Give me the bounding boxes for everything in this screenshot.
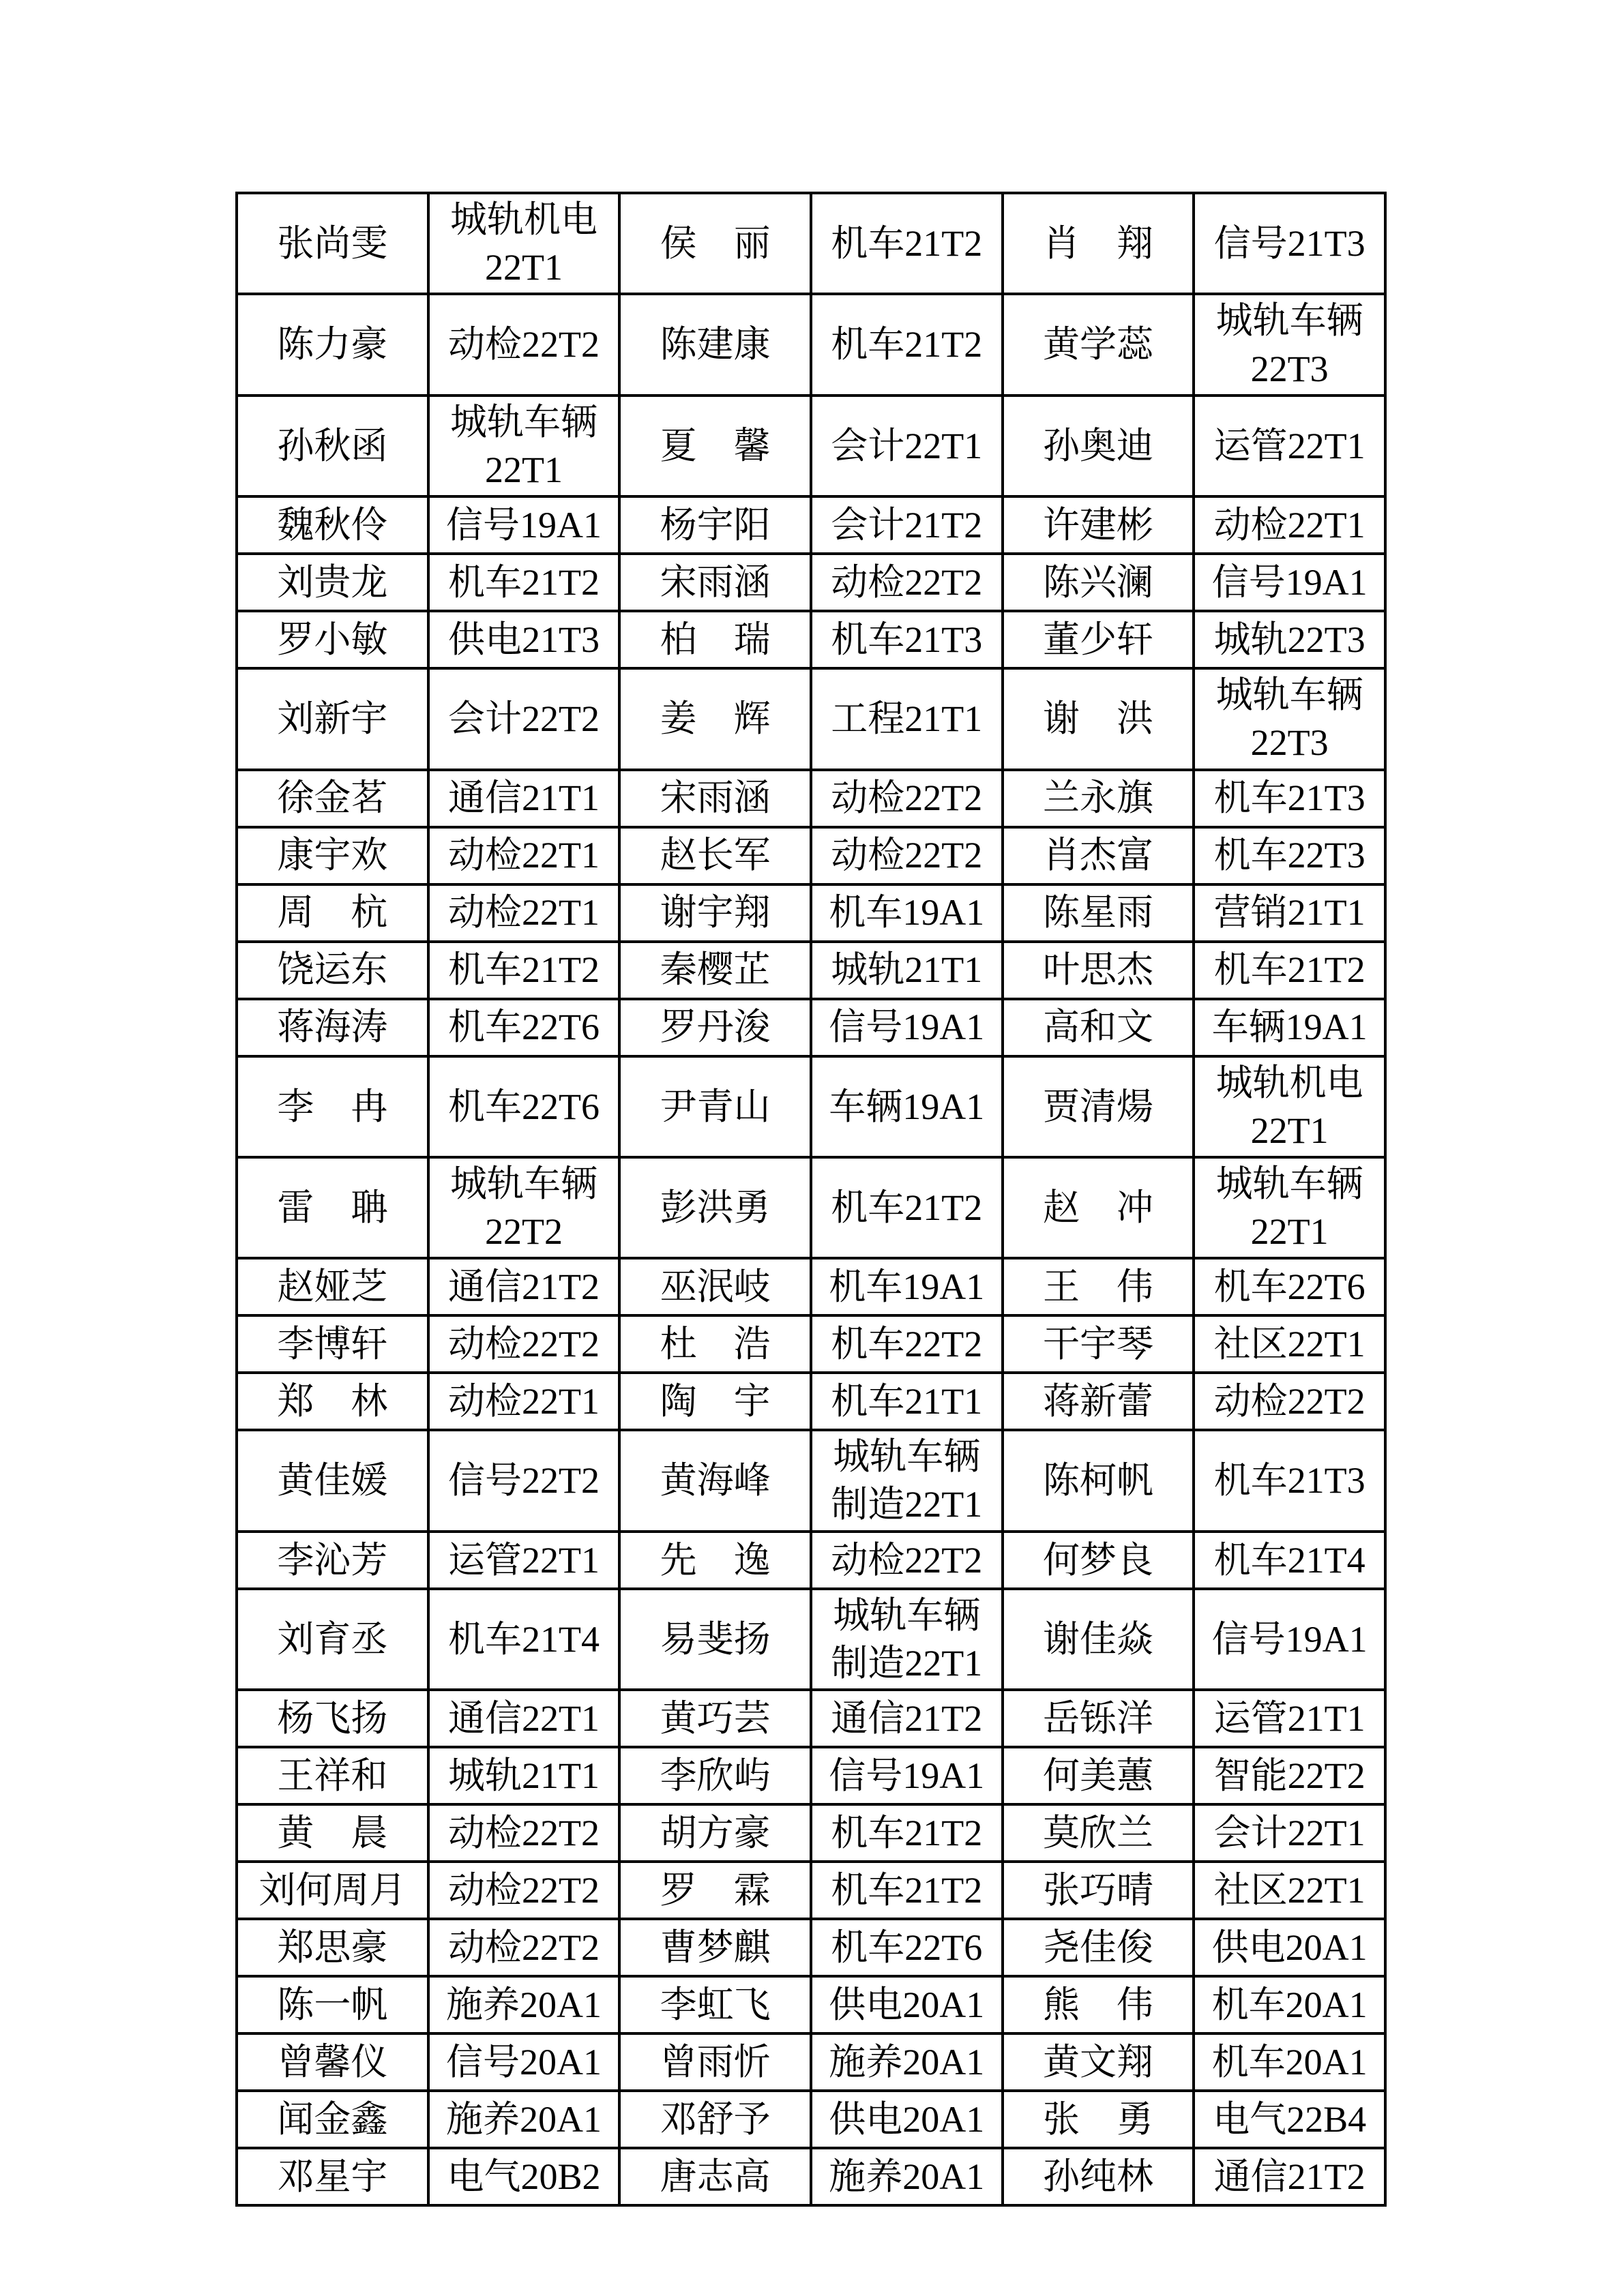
table-row: 周 杭动检22T1谢宇翔机车19A1陈星雨营销21T1 [237,884,1385,942]
class-code-cell: 动检22T2 [428,1804,620,1862]
class-code-cell: 运管22T1 [428,1532,620,1589]
class-code-cell: 动检22T2 [428,1862,620,1919]
class-code-cell: 通信22T1 [428,1690,620,1747]
table-row: 刘何周月动检22T2罗 霖机车21T2张巧晴社区22T1 [237,1862,1385,1919]
student-name-cell: 魏秋伶 [237,496,428,554]
table-row: 赵娅芝通信21T2巫泯岐机车19A1王 伟机车22T6 [237,1258,1385,1315]
table-row: 张尚雯城轨机电22T1侯 丽机车21T2肖 翔信号21T3 [237,193,1385,294]
class-code-cell: 动检22T2 [811,554,1003,611]
class-code-cell: 城轨机电22T1 [428,193,620,294]
student-name-cell: 黄学蕊 [1003,294,1194,395]
student-name-cell: 肖杰富 [1003,827,1194,884]
class-code-cell: 信号19A1 [1194,554,1385,611]
student-name-cell: 杨宇阳 [619,496,811,554]
table-row: 饶运东机车21T2秦樱芷城轨21T1叶思杰机车21T2 [237,942,1385,999]
class-code-cell: 工程21T1 [811,668,1003,769]
class-code-cell: 信号19A1 [428,496,620,554]
student-name-cell: 肖 翔 [1003,193,1194,294]
student-name-cell: 周 杭 [237,884,428,942]
student-name-cell: 罗 霖 [619,1862,811,1919]
student-name-cell: 邓星宇 [237,2148,428,2205]
class-code-cell: 机车20A1 [1194,2033,1385,2091]
class-code-cell: 城轨车辆制造22T1 [811,1430,1003,1531]
student-name-cell: 杜 浩 [619,1315,811,1373]
class-code-cell: 施养20A1 [428,2091,620,2148]
student-name-cell: 闻金鑫 [237,2091,428,2148]
class-code-cell: 会计22T1 [1194,1804,1385,1862]
class-code-cell: 机车22T6 [428,1056,620,1157]
class-code-cell: 动检22T2 [428,1315,620,1373]
class-code-cell: 城轨车辆22T1 [428,396,620,496]
table-row: 魏秋伶信号19A1杨宇阳会计21T2许建彬动检22T1 [237,496,1385,554]
class-code-cell: 营销21T1 [1194,884,1385,942]
student-name-cell: 熊 伟 [1003,1976,1194,2033]
student-name-cell: 赵娅芝 [237,1258,428,1315]
student-name-cell: 何梦良 [1003,1532,1194,1589]
class-code-cell: 通信21T2 [1194,2148,1385,2205]
class-code-cell: 供电20A1 [811,2091,1003,2148]
class-code-cell: 通信21T2 [811,1690,1003,1747]
student-name-cell: 高和文 [1003,999,1194,1056]
student-name-cell: 孙奥迪 [1003,396,1194,496]
class-code-cell: 机车21T3 [1194,1430,1385,1531]
class-code-cell: 信号19A1 [811,999,1003,1056]
class-code-cell: 机车19A1 [811,1258,1003,1315]
student-name-cell: 黄文翔 [1003,2033,1194,2091]
class-code-cell: 电气22B4 [1194,2091,1385,2148]
student-name-cell: 岳铄洋 [1003,1690,1194,1747]
student-name-cell: 王 伟 [1003,1258,1194,1315]
class-code-cell: 会计21T2 [811,496,1003,554]
table-row: 杨飞扬通信22T1黄巧芸通信21T2岳铄洋运管21T1 [237,1690,1385,1747]
student-name-cell: 陈柯帆 [1003,1430,1194,1531]
table-row: 郑 林动检22T1陶 宇机车21T1蒋新蕾动检22T2 [237,1373,1385,1430]
student-name-cell: 李 冉 [237,1056,428,1157]
student-name-cell: 黄佳媛 [237,1430,428,1531]
class-code-cell: 机车21T4 [428,1589,620,1690]
student-name-cell: 康宇欢 [237,827,428,884]
student-name-cell: 莫欣兰 [1003,1804,1194,1862]
student-name-cell: 谢宇翔 [619,884,811,942]
student-name-cell: 陶 宇 [619,1373,811,1430]
table-row: 黄 晨动检22T2胡方豪机车21T2莫欣兰会计22T1 [237,1804,1385,1862]
class-code-cell: 供电21T3 [428,611,620,668]
class-code-cell: 动检22T2 [428,1919,620,1976]
table-row: 孙秋函城轨车辆22T1夏 馨会计22T1孙奥迪运管22T1 [237,396,1385,496]
student-name-cell: 赵长军 [619,827,811,884]
class-code-cell: 电气20B2 [428,2148,620,2205]
class-code-cell: 城轨车辆制造22T1 [811,1589,1003,1690]
student-name-cell: 邓舒予 [619,2091,811,2148]
student-name-cell: 刘贵龙 [237,554,428,611]
class-code-cell: 机车21T2 [1194,942,1385,999]
student-name-cell: 曾馨仪 [237,2033,428,2091]
student-name-cell: 叶思杰 [1003,942,1194,999]
student-name-cell: 柏 瑞 [619,611,811,668]
class-code-cell: 车辆19A1 [811,1056,1003,1157]
student-name-cell: 黄巧芸 [619,1690,811,1747]
student-name-cell: 孙秋函 [237,396,428,496]
class-code-cell: 城轨车辆22T1 [1194,1157,1385,1258]
student-name-cell: 李沁芳 [237,1532,428,1589]
table-row: 蒋海涛机车22T6罗丹浚信号19A1高和文车辆19A1 [237,999,1385,1056]
student-name-cell: 李欣屿 [619,1747,811,1804]
class-code-cell: 社区22T1 [1194,1315,1385,1373]
student-name-cell: 许建彬 [1003,496,1194,554]
student-name-cell: 刘新宇 [237,668,428,769]
class-code-cell: 会计22T1 [811,396,1003,496]
student-name-cell: 李虹飞 [619,1976,811,2033]
class-code-cell: 机车21T2 [811,193,1003,294]
student-name-cell: 秦樱芷 [619,942,811,999]
student-name-cell: 宋雨涵 [619,770,811,827]
student-name-cell: 张巧晴 [1003,1862,1194,1919]
student-name-cell: 李博轩 [237,1315,428,1373]
class-code-cell: 机车21T2 [811,294,1003,395]
student-name-cell: 唐志高 [619,2148,811,2205]
student-name-cell: 贾清煬 [1003,1056,1194,1157]
document-page: 张尚雯城轨机电22T1侯 丽机车21T2肖 翔信号21T3陈力豪动检22T2陈建… [0,0,1624,2296]
student-name-cell: 刘何周月 [237,1862,428,1919]
class-code-cell: 运管21T1 [1194,1690,1385,1747]
student-name-cell: 先 逸 [619,1532,811,1589]
class-code-cell: 机车21T1 [811,1373,1003,1430]
student-name-cell: 姜 辉 [619,668,811,769]
student-name-cell: 曾雨忻 [619,2033,811,2091]
class-code-cell: 城轨21T1 [428,1747,620,1804]
class-code-cell: 智能22T2 [1194,1747,1385,1804]
class-code-cell: 城轨机电22T1 [1194,1056,1385,1157]
class-code-cell: 机车22T2 [811,1315,1003,1373]
student-name-cell: 王祥和 [237,1747,428,1804]
class-code-cell: 机车21T3 [811,611,1003,668]
class-code-cell: 运管22T1 [1194,396,1385,496]
student-name-cell: 胡方豪 [619,1804,811,1862]
class-code-cell: 机车21T2 [428,942,620,999]
student-name-cell: 赵 冲 [1003,1157,1194,1258]
student-name-cell: 杨飞扬 [237,1690,428,1747]
table-row: 陈力豪动检22T2陈建康机车21T2黄学蕊城轨车辆22T3 [237,294,1385,395]
student-name-cell: 彭洪勇 [619,1157,811,1258]
student-name-cell: 郑 林 [237,1373,428,1430]
class-code-cell: 机车22T6 [428,999,620,1056]
student-name-cell: 蒋海涛 [237,999,428,1056]
student-name-cell: 陈力豪 [237,294,428,395]
class-code-cell: 动检22T2 [1194,1373,1385,1430]
table-row: 罗小敏供电21T3柏 瑞机车21T3董少轩城轨22T3 [237,611,1385,668]
table-row: 曾馨仪信号20A1曾雨忻施养20A1黄文翔机车20A1 [237,2033,1385,2091]
class-code-cell: 动检22T2 [811,827,1003,884]
class-code-cell: 动检22T1 [428,1373,620,1430]
class-code-cell: 机车21T2 [811,1862,1003,1919]
student-name-cell: 孙纯林 [1003,2148,1194,2205]
class-code-cell: 通信21T1 [428,770,620,827]
class-code-cell: 信号22T2 [428,1430,620,1531]
roster-table-body: 张尚雯城轨机电22T1侯 丽机车21T2肖 翔信号21T3陈力豪动检22T2陈建… [237,193,1385,2205]
student-name-cell: 刘育丞 [237,1589,428,1690]
class-code-cell: 机车22T3 [1194,827,1385,884]
class-code-cell: 城轨21T1 [811,942,1003,999]
class-code-cell: 机车21T2 [811,1804,1003,1862]
student-name-cell: 尧佳俊 [1003,1919,1194,1976]
class-code-cell: 机车22T6 [811,1919,1003,1976]
student-name-cell: 蒋新蕾 [1003,1373,1194,1430]
class-code-cell: 动检22T1 [1194,496,1385,554]
student-name-cell: 张 勇 [1003,2091,1194,2148]
student-name-cell: 易斐扬 [619,1589,811,1690]
table-row: 王祥和城轨21T1李欣屿信号19A1何美蕙智能22T2 [237,1747,1385,1804]
student-name-cell: 黄海峰 [619,1430,811,1531]
student-roster-table: 张尚雯城轨机电22T1侯 丽机车21T2肖 翔信号21T3陈力豪动检22T2陈建… [235,192,1387,2207]
student-name-cell: 兰永旗 [1003,770,1194,827]
student-name-cell: 侯 丽 [619,193,811,294]
student-name-cell: 陈星雨 [1003,884,1194,942]
class-code-cell: 施养20A1 [811,2033,1003,2091]
student-name-cell: 雷 聃 [237,1157,428,1258]
table-row: 康宇欢动检22T1赵长军动检22T2肖杰富机车22T3 [237,827,1385,884]
class-code-cell: 动检22T1 [428,884,620,942]
student-name-cell: 陈一帆 [237,1976,428,2033]
student-name-cell: 宋雨涵 [619,554,811,611]
class-code-cell: 信号19A1 [811,1747,1003,1804]
class-code-cell: 机车22T6 [1194,1258,1385,1315]
class-code-cell: 信号19A1 [1194,1589,1385,1690]
class-code-cell: 机车21T4 [1194,1532,1385,1589]
student-name-cell: 张尚雯 [237,193,428,294]
table-row: 黄佳媛信号22T2黄海峰城轨车辆制造22T1陈柯帆机车21T3 [237,1430,1385,1531]
table-row: 徐金茗通信21T1宋雨涵动检22T2兰永旗机车21T3 [237,770,1385,827]
class-code-cell: 动检22T2 [428,294,620,395]
class-code-cell: 施养20A1 [811,2148,1003,2205]
class-code-cell: 供电20A1 [811,1976,1003,2033]
table-row: 闻金鑫施养20A1邓舒予供电20A1张 勇电气22B4 [237,2091,1385,2148]
table-row: 陈一帆施养20A1李虹飞供电20A1熊 伟机车20A1 [237,1976,1385,2033]
class-code-cell: 社区22T1 [1194,1862,1385,1919]
table-row: 邓星宇电气20B2唐志高施养20A1孙纯林通信21T2 [237,2148,1385,2205]
student-name-cell: 何美蕙 [1003,1747,1194,1804]
student-name-cell: 尹青山 [619,1056,811,1157]
class-code-cell: 信号20A1 [428,2033,620,2091]
class-code-cell: 施养20A1 [428,1976,620,2033]
student-name-cell: 陈建康 [619,294,811,395]
table-row: 刘新宇会计22T2姜 辉工程21T1谢 洪城轨车辆22T3 [237,668,1385,769]
class-code-cell: 通信21T2 [428,1258,620,1315]
class-code-cell: 会计22T2 [428,668,620,769]
table-row: 李博轩动检22T2杜 浩机车22T2干宇琴社区22T1 [237,1315,1385,1373]
student-name-cell: 黄 晨 [237,1804,428,1862]
student-name-cell: 陈兴澜 [1003,554,1194,611]
table-row: 刘贵龙机车21T2宋雨涵动检22T2陈兴澜信号19A1 [237,554,1385,611]
student-name-cell: 徐金茗 [237,770,428,827]
student-name-cell: 夏 馨 [619,396,811,496]
class-code-cell: 动检22T2 [811,1532,1003,1589]
class-code-cell: 城轨车辆22T3 [1194,668,1385,769]
class-code-cell: 动检22T2 [811,770,1003,827]
student-name-cell: 饶运东 [237,942,428,999]
student-name-cell: 谢 洪 [1003,668,1194,769]
table-row: 雷 聃城轨车辆22T2彭洪勇机车21T2赵 冲城轨车辆22T1 [237,1157,1385,1258]
student-name-cell: 罗小敏 [237,611,428,668]
table-row: 李沁芳运管22T1先 逸动检22T2何梦良机车21T4 [237,1532,1385,1589]
student-name-cell: 董少轩 [1003,611,1194,668]
class-code-cell: 信号21T3 [1194,193,1385,294]
student-name-cell: 谢佳焱 [1003,1589,1194,1690]
student-name-cell: 巫泯岐 [619,1258,811,1315]
class-code-cell: 机车19A1 [811,884,1003,942]
class-code-cell: 机车20A1 [1194,1976,1385,2033]
class-code-cell: 城轨22T3 [1194,611,1385,668]
class-code-cell: 供电20A1 [1194,1919,1385,1976]
class-code-cell: 机车21T2 [811,1157,1003,1258]
student-name-cell: 干宇琴 [1003,1315,1194,1373]
class-code-cell: 城轨车辆22T2 [428,1157,620,1258]
class-code-cell: 机车21T3 [1194,770,1385,827]
table-row: 李 冉机车22T6尹青山车辆19A1贾清煬城轨机电22T1 [237,1056,1385,1157]
table-row: 郑思豪动检22T2曹梦麒机车22T6尧佳俊供电20A1 [237,1919,1385,1976]
student-name-cell: 郑思豪 [237,1919,428,1976]
class-code-cell: 城轨车辆22T3 [1194,294,1385,395]
student-name-cell: 曹梦麒 [619,1919,811,1976]
class-code-cell: 动检22T1 [428,827,620,884]
class-code-cell: 车辆19A1 [1194,999,1385,1056]
class-code-cell: 机车21T2 [428,554,620,611]
table-row: 刘育丞机车21T4易斐扬城轨车辆制造22T1谢佳焱信号19A1 [237,1589,1385,1690]
student-name-cell: 罗丹浚 [619,999,811,1056]
